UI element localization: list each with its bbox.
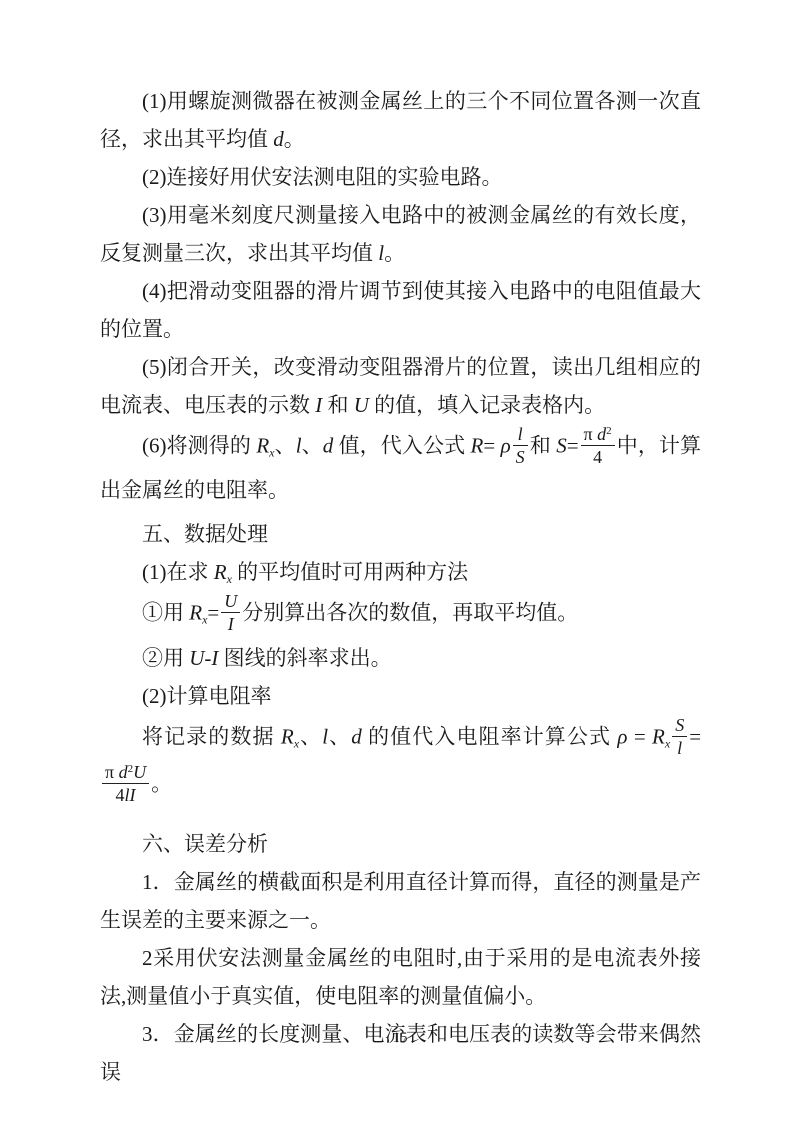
- fraction-l-over-S: lS: [513, 424, 528, 467]
- fraction-U-over-I: UI: [221, 591, 240, 634]
- var-Rx: R: [256, 433, 269, 457]
- equals-sign: =: [628, 724, 653, 748]
- numerator: π d2U: [102, 762, 149, 784]
- document-body: (1)用螺旋测微器在被测金属丝上的三个不同位置各测一次直径，求出其平均值 d。 …: [100, 82, 701, 1091]
- step-3: (3)用毫米刻度尺测量接入电路中的被测金属丝的有效长度，反复测量三次，求出其平均…: [100, 196, 701, 272]
- data-processing-2: (2)计算电阻率: [100, 677, 701, 715]
- equals-sign: =: [689, 724, 701, 748]
- text-run: 分别算出各次的数值，再取平均值。: [242, 601, 578, 625]
- data-processing-1: (1)在求 Rx 的平均值时可用两种方法: [100, 553, 701, 591]
- text-run: (2)计算电阻率: [142, 684, 272, 708]
- numerator: l: [513, 424, 528, 446]
- text-run: 、: [274, 433, 295, 457]
- text-run: ②用: [142, 646, 189, 670]
- text-run: 的值，填入记录表格内。: [369, 393, 605, 417]
- var-R: R: [471, 433, 484, 457]
- denominator: I: [221, 613, 240, 634]
- var-Rx: R: [189, 601, 202, 625]
- var-U: U: [354, 393, 369, 417]
- fraction-pi-d2-over-4: π d24: [581, 424, 615, 467]
- step-4: (4)把滑动变阻器的滑片调节到使其接入电路中的电阻值最大的位置。: [100, 272, 701, 348]
- text-run: 的平均值时可用两种方法: [232, 560, 468, 584]
- var-U: U: [133, 762, 146, 782]
- var-Rx: R: [281, 724, 294, 748]
- text-run: 。: [151, 771, 172, 795]
- text-run: 。: [284, 127, 305, 151]
- var-d: d: [119, 762, 128, 782]
- text-run: 。: [384, 241, 405, 265]
- var-rho: ρ: [501, 433, 511, 457]
- page-number: 15: [0, 1030, 800, 1047]
- equals-sign: =: [567, 433, 579, 457]
- denominator: S: [513, 446, 528, 467]
- text-run: 图线的斜率求出。: [218, 646, 391, 670]
- pi-symbol: π: [105, 762, 119, 782]
- text-run: 的值代入电阻率计算公式: [362, 724, 618, 748]
- text-run: 1．金属丝的横截面积是利用直径计算而得，直径的测量是产生误差的主要来源之一。: [100, 870, 701, 932]
- fraction-S-over-l: Sl: [672, 715, 687, 758]
- var-lI: lI: [125, 785, 136, 805]
- text-run: 、: [328, 724, 351, 748]
- step-5: (5)闭合开关，改变滑动变阻器滑片的位置，读出几组相应的电流表、电压表的示数 I…: [100, 348, 701, 424]
- method-1-formula: ①用 Rx=UI分别算出各次的数值，再取平均值。: [100, 591, 701, 638]
- numerator: U: [221, 591, 240, 613]
- text-run: 、: [302, 433, 323, 457]
- denominator: 4: [581, 446, 615, 467]
- var-d: d: [597, 424, 606, 444]
- section-heading-5: 五、数据处理: [100, 515, 701, 553]
- var-d: d: [273, 127, 284, 151]
- error-analysis-3: 3．金属丝的长度测量、电流表和电压表的读数等会带来偶然误: [100, 1015, 701, 1091]
- text-run: ①用: [142, 601, 189, 625]
- text-run: (1)用螺旋测微器在被测金属丝上的三个不同位置各测一次直径，求出其平均值: [100, 89, 701, 151]
- equals-sign: =: [207, 601, 219, 625]
- text-run: 将记录的数据: [142, 724, 281, 748]
- text-run: 值，代入公式: [333, 433, 470, 457]
- text-run: (1)在求: [142, 560, 214, 584]
- text-run: (2)连接好用伏安法测电阻的实验电路。: [142, 165, 503, 189]
- var-S: S: [556, 433, 567, 457]
- subscript-x: x: [665, 736, 670, 750]
- pi-symbol: π: [584, 424, 598, 444]
- digit-4: 4: [116, 785, 125, 805]
- superscript-2: 2: [606, 425, 612, 437]
- var-U-I: U-I: [189, 646, 218, 670]
- denominator: l: [672, 737, 687, 758]
- text-run: 2采用伏安法测量金属丝的电阻时,由于采用的是电流表外接法,测量值小于真实值，使电…: [100, 946, 701, 1008]
- method-2: ②用 U-I 图线的斜率求出。: [100, 639, 701, 677]
- step-2: (2)连接好用伏安法测电阻的实验电路。: [100, 158, 701, 196]
- var-d: d: [351, 724, 362, 748]
- equals-sign: =: [483, 433, 500, 457]
- var-rho: ρ: [617, 724, 627, 748]
- var-Rx: R: [652, 724, 665, 748]
- denominator: 4lI: [102, 784, 149, 805]
- text-run: (6)将测得的: [142, 433, 256, 457]
- text-run: 和: [322, 393, 354, 417]
- numerator: π d2: [581, 424, 615, 446]
- text-run: (4)把滑动变阻器的滑片调节到使其接入电路中的电阻值最大的位置。: [100, 279, 701, 341]
- text-run: 和: [530, 433, 557, 457]
- numerator: S: [672, 715, 687, 737]
- heading-text: 五、数据处理: [142, 522, 268, 546]
- fraction-pi-d2U-over-4lI: π d2U4lI: [102, 762, 149, 805]
- var-Rx: R: [214, 560, 227, 584]
- section-heading-6: 六、误差分析: [100, 825, 701, 863]
- step-1: (1)用螺旋测微器在被测金属丝上的三个不同位置各测一次直径，求出其平均值 d。: [100, 82, 701, 158]
- heading-text: 六、误差分析: [142, 832, 268, 856]
- error-analysis-1: 1．金属丝的横截面积是利用直径计算而得，直径的测量是产生误差的主要来源之一。: [100, 863, 701, 939]
- resistivity-formula: 将记录的数据 Rx、l、d 的值代入电阻率计算公式 ρ = RxSl=π d2U…: [100, 715, 701, 810]
- var-d: d: [323, 433, 334, 457]
- step-6-formula: (6)将测得的 Rx、l、d 值，代入公式 R= ρlS和 S=π d24中，计…: [100, 424, 701, 509]
- error-analysis-2: 2采用伏安法测量金属丝的电阻时,由于采用的是电流表外接法,测量值小于真实值，使电…: [100, 939, 701, 1015]
- text-run: 、: [299, 724, 322, 748]
